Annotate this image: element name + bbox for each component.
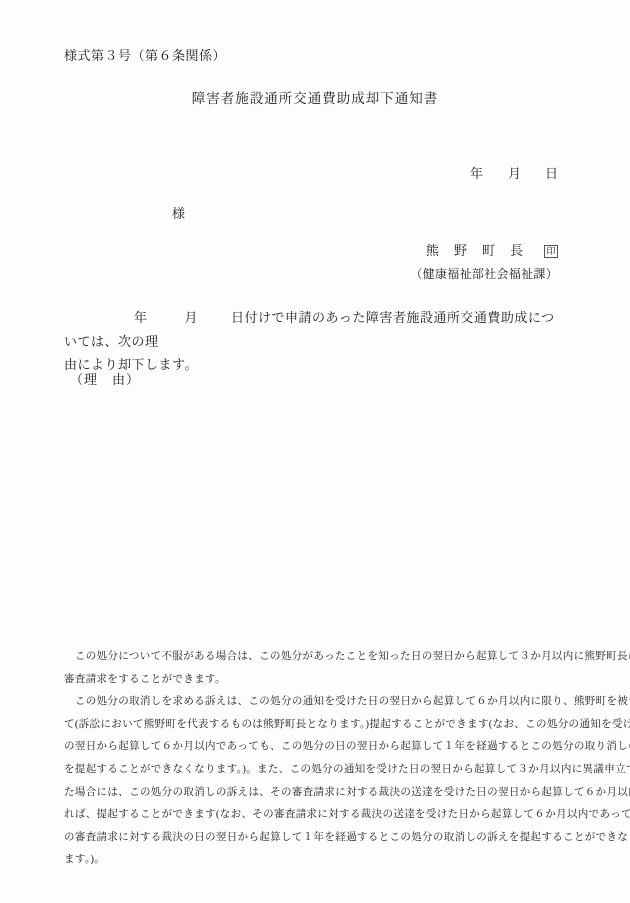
body-line-1: 年月日付けで申請のあった障害者施設通所交通費助成については、次の理	[64, 306, 568, 353]
seal-mark: 印	[544, 245, 558, 258]
legal-notice-line: れば、提起することができます(なお、その審査請求に対する裁決の送達を受けた日から…	[64, 804, 570, 827]
document-title: 障害者施設通所交通費助成却下通知書	[0, 87, 630, 107]
legal-notice-line: 審査請求をすることができます。	[64, 669, 570, 692]
issue-date-day-label: 日	[545, 166, 558, 181]
legal-notice-line: た場合には、この処分の取消しの訴えは、その審査請求に対する裁決の送達を受けた日の…	[64, 782, 570, 805]
issue-date-line: 年月日	[470, 163, 558, 182]
legal-notice-line: の翌日から起算して６か月以内であっても、この処分の日の翌日から起算して１年を経過…	[64, 736, 570, 759]
issue-date-month-label: 月	[508, 166, 521, 181]
legal-notice-line: の審査請求に対する裁決の日の翌日から起算して１年を経過するとこの処分の取消しの訴…	[64, 827, 570, 850]
addressee-honorific: 様	[172, 203, 185, 222]
legal-notice-line: ます。)。	[64, 849, 570, 872]
legal-notice-line: この処分について不服がある場合は、この処分があったことを知った日の翌日から起算し…	[64, 646, 570, 669]
body-date-month-label: 月	[185, 310, 199, 325]
issue-date-year-label: 年	[470, 166, 483, 181]
legal-notice-line: て(訴訟において熊野町を代表するものは熊野町長となります。)提起することができま…	[64, 714, 570, 737]
issuer-department: （健康福祉部社会福祉課）	[410, 265, 558, 282]
legal-notice: この処分について不服がある場合は、この処分があったことを知った日の翌日から起算し…	[64, 646, 570, 872]
legal-notice-line: この処分の取消しを求める訴えは、この処分の通知を受けた日の翌日から起算して６か月…	[64, 691, 570, 714]
body-paragraph: 年月日付けで申請のあった障害者施設通所交通費助成については、次の理 由により却下…	[64, 306, 568, 377]
legal-notice-line: を提起することができなくなります。)。また、この処分の通知を受けた日の翌日から起…	[64, 759, 570, 782]
body-date-year-label: 年	[134, 310, 148, 325]
form-number: 様式第３号（第６条関係）	[64, 45, 226, 64]
issuer-block: 熊 野 町 長印 （健康福祉部社会福祉課）	[410, 240, 558, 282]
issuer-name: 熊 野 町 長	[426, 243, 524, 258]
reason-label: （理 由）	[70, 369, 140, 388]
document-page: 様式第３号（第６条関係） 障害者施設通所交通費助成却下通知書 年月日 様 熊 野…	[0, 0, 630, 903]
issuer-name-line: 熊 野 町 長印	[410, 240, 558, 259]
